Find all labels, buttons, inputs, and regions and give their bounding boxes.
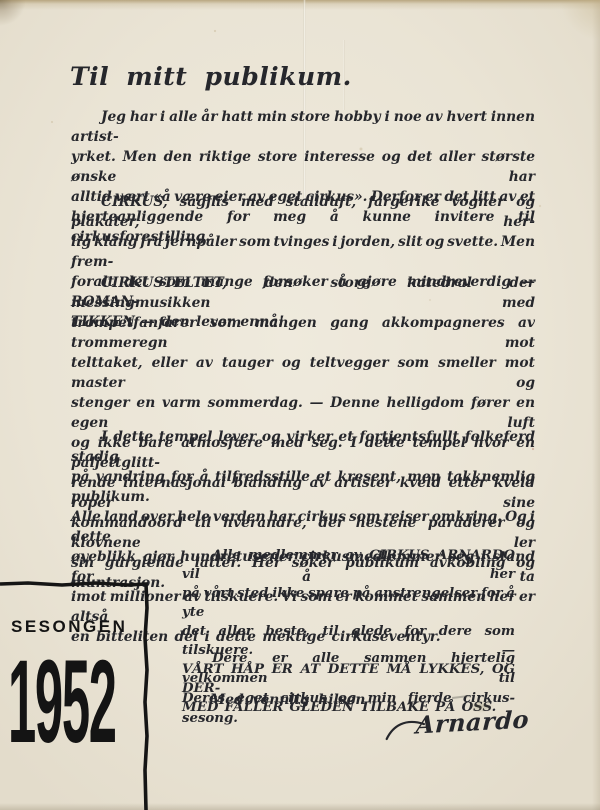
text-line: telttaket, eller av tauger og teltvegger… bbox=[71, 353, 535, 393]
text-line: på vandring for å tilfredsstille et kres… bbox=[71, 467, 535, 507]
text-line: yrket. Men den riktige store interesse o… bbox=[71, 147, 535, 187]
text-line: Dere er alle sammen hjertelig velkommen … bbox=[182, 649, 515, 689]
closing-salutation: Med vennlig hilsen bbox=[210, 692, 365, 708]
text-line: trompetfanfarer som mangen gang akkompag… bbox=[71, 313, 535, 353]
scanned-letter-page: Til mitt publikum. Jeg har i alle år hat… bbox=[0, 0, 600, 810]
text-line: lig klang fra jernpåler som tvinges i jo… bbox=[71, 232, 535, 272]
season-year: 1952 bbox=[8, 656, 124, 748]
text-line: Jeg har i alle år hatt min store hobby i… bbox=[71, 107, 535, 147]
signature: Arnardo bbox=[397, 699, 529, 750]
text-line: I dette tempel lever og virker et fortje… bbox=[71, 427, 535, 467]
page-title: Til mitt publikum. bbox=[70, 62, 352, 91]
text-line: CIRKUS, sagflis med stallduft, fargerike… bbox=[71, 192, 535, 232]
text-line: på vårt sted ikke spare på anstrengelser… bbox=[182, 584, 515, 622]
text-line: Alle medlemmer av CIRKUS ARNARDO vil her bbox=[182, 546, 515, 584]
text-line: Alle land over hele verden har cirkus so… bbox=[71, 507, 535, 547]
text-line: CIRKUSTELTET, den store katedral der mes… bbox=[71, 273, 535, 313]
signature-text: Arnardo bbox=[415, 704, 530, 739]
